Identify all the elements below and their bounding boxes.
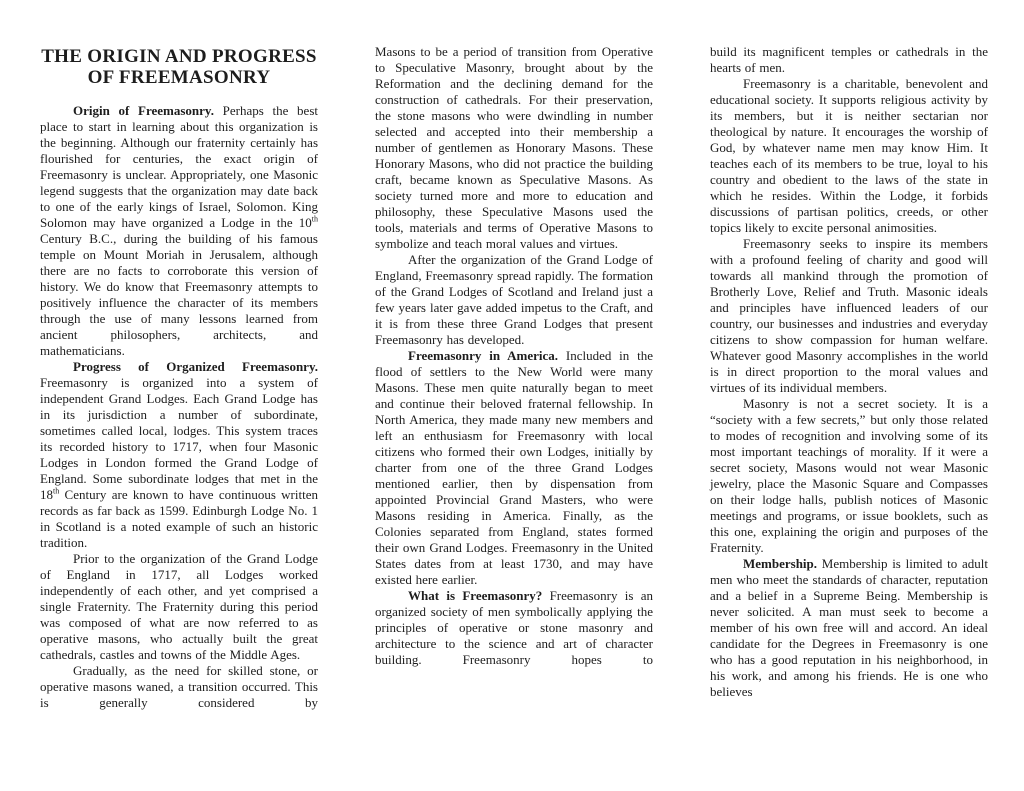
paragraph: Freemasonry in America. Included in the …: [375, 348, 653, 588]
paragraph: build its magnificent temples or cathedr…: [710, 44, 988, 76]
paragraph-lead: Membership.: [743, 556, 817, 571]
paragraph-text: Gradually, as the need for skilled stone…: [40, 663, 318, 710]
paragraph-lead: Origin of Freemasonry.: [73, 103, 214, 118]
paragraph: Freemasonry seeks to inspire its members…: [710, 236, 988, 396]
document-page: THE ORIGIN AND PROGRESS OF FREEMASONRY O…: [0, 0, 1024, 791]
paragraph: Origin of Freemasonry. Perhaps the best …: [40, 103, 318, 359]
superscript: th: [312, 215, 318, 224]
paragraph-text: Freemasonry seeks to inspire its members…: [710, 236, 988, 395]
paragraph-text: build its magnificent temples or cathedr…: [710, 44, 988, 75]
paragraph-text: After the organization of the Grand Lodg…: [375, 252, 653, 347]
paragraph-text: Century are known to have continuous wri…: [40, 487, 318, 550]
paragraph-lead: Freemasonry in America.: [408, 348, 558, 363]
paragraph: What is Freemasonry? Freemasonry is an o…: [375, 588, 653, 668]
paragraph: Masonry is not a secret society. It is a…: [710, 396, 988, 556]
paragraph: Gradually, as the need for skilled stone…: [40, 663, 318, 711]
paragraph: Masons to be a period of transition from…: [375, 44, 653, 252]
paragraph-text: Freemasonry is a charitable, benevolent …: [710, 76, 988, 235]
paragraph-lead: Progress of Organized Freemasonry.: [73, 359, 318, 374]
document-title: THE ORIGIN AND PROGRESS OF FREEMASONRY: [40, 46, 318, 88]
paragraph-text: Century B.C., during the building of his…: [40, 231, 318, 358]
column-2: Masons to be a period of transition from…: [375, 44, 653, 711]
document-title-line1: THE ORIGIN AND PROGRESS: [40, 46, 318, 67]
paragraph: Freemasonry is a charitable, benevolent …: [710, 76, 988, 236]
paragraph-text: Prior to the organization of the Grand L…: [40, 551, 318, 662]
column-3: build its magnificent temples or cathedr…: [710, 44, 988, 711]
paragraph-text: Masons to be a period of transition from…: [375, 44, 653, 251]
paragraph: After the organization of the Grand Lodg…: [375, 252, 653, 348]
paragraph-text: Freemasonry is organized into a system o…: [40, 375, 318, 502]
paragraph-text: Masonry is not a secret society. It is a…: [710, 396, 988, 555]
text-columns: THE ORIGIN AND PROGRESS OF FREEMASONRY O…: [40, 44, 988, 711]
paragraph: Prior to the organization of the Grand L…: [40, 551, 318, 663]
paragraph: Progress of Organized Freemasonry. Freem…: [40, 359, 318, 551]
paragraph-lead: What is Freemasonry?: [408, 588, 542, 603]
paragraph-text: Included in the flood of settlers to the…: [375, 348, 653, 587]
paragraph: Membership. Membership is limited to adu…: [710, 556, 988, 700]
paragraph-text: Perhaps the best place to start in learn…: [40, 103, 318, 230]
paragraph-text: Membership is limited to adult men who m…: [710, 556, 988, 699]
column-1: THE ORIGIN AND PROGRESS OF FREEMASONRY O…: [40, 44, 318, 711]
document-title-line2: OF FREEMASONRY: [40, 67, 318, 88]
